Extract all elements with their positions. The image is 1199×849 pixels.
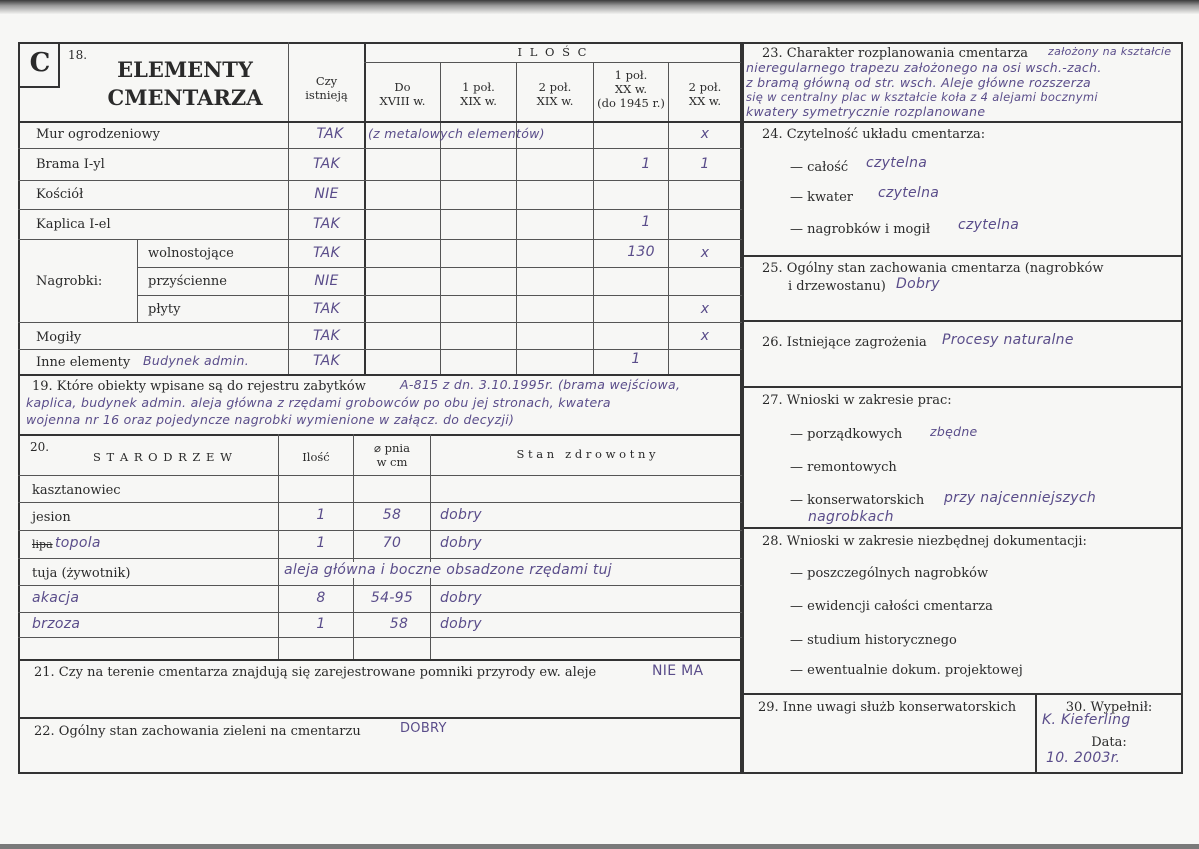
period-5-field[interactable]: x bbox=[669, 126, 741, 142]
q30-date[interactable]: 10. 2003r. bbox=[1046, 750, 1120, 766]
tree-count[interactable]: 8 bbox=[279, 590, 353, 606]
q27-label: 27. Wnioski w zakresie prac: bbox=[762, 393, 952, 408]
period-line: XX w. bbox=[594, 82, 668, 96]
q24-label: 24. Czytelność układu cmentarza: bbox=[762, 127, 985, 142]
exists-field[interactable]: TAK bbox=[296, 126, 364, 142]
section-title: ELEMENTY CMENTARZA bbox=[80, 56, 290, 112]
title-line-2: CMENTARZA bbox=[80, 84, 290, 112]
period-5-field[interactable]: 1 bbox=[669, 156, 741, 172]
tree-count[interactable]: 1 bbox=[279, 507, 353, 523]
period-5-field[interactable]: x bbox=[669, 301, 741, 317]
q22-answer[interactable]: DOBRY bbox=[400, 721, 447, 736]
row-label: Kościół bbox=[36, 187, 83, 202]
other-element-field[interactable]: Budynek admin. bbox=[143, 353, 249, 368]
exists-field[interactable]: TAK bbox=[289, 245, 364, 261]
col-header-exists: Czy istnieją bbox=[289, 74, 364, 102]
period-line: XIX w. bbox=[517, 94, 593, 108]
q24-item-answer[interactable]: czytelna bbox=[878, 185, 939, 201]
q28-item: — poszczególnych nagrobków bbox=[790, 566, 988, 581]
col-header-period-3: 1 poł. XX w. (do 1945 r.) bbox=[594, 68, 668, 110]
period-4-field[interactable]: 1 bbox=[594, 214, 668, 230]
period-line: 1 poł. bbox=[441, 80, 516, 94]
exists-field[interactable]: TAK bbox=[289, 301, 364, 317]
q19-answer-line2[interactable]: kaplica, budynek admin. aleja główna z r… bbox=[26, 395, 611, 410]
row-label: płyty bbox=[148, 302, 180, 317]
q26-answer[interactable]: Procesy naturalne bbox=[942, 332, 1074, 348]
q23-label: 23. Charakter rozplanowania cmentarza bbox=[762, 46, 1028, 61]
q22-label: 22. Ogólny stan zachowania zieleni na cm… bbox=[34, 724, 361, 739]
scan-edge-top bbox=[0, 0, 1199, 14]
q24-item-answer[interactable]: czytelna bbox=[958, 217, 1019, 233]
period-line: XIX w. bbox=[441, 94, 516, 108]
exists-field[interactable]: NIE bbox=[289, 186, 364, 202]
period-4-field[interactable]: 1 bbox=[594, 351, 668, 367]
q30-date-label: Data: bbox=[1037, 735, 1181, 750]
q28-label: 28. Wnioski w zakresie niezbędnej dokume… bbox=[762, 534, 1087, 549]
tree-health[interactable]: dobry bbox=[440, 535, 482, 551]
q23-answer-line5[interactable]: kwatery symetrycznie rozplanowane bbox=[746, 104, 985, 119]
period-line: XX w. bbox=[669, 94, 741, 108]
q25-label-line2: i drzewostanu) bbox=[788, 279, 886, 294]
col-header-period-4: 2 poł. XX w. bbox=[669, 80, 741, 108]
col-header-exists-line2: istnieją bbox=[289, 88, 364, 102]
tree-diam[interactable]: 54-95 bbox=[354, 590, 430, 606]
q27-item-answer[interactable]: zbędne bbox=[930, 424, 978, 439]
q29-label: 29. Inne uwagi służb konserwatorskich bbox=[758, 700, 1016, 715]
exists-field[interactable]: TAK bbox=[289, 216, 364, 232]
col-header-period-1: 1 poł. XIX w. bbox=[441, 80, 516, 108]
q20-col-health: S t a n z d r o w o t n y bbox=[431, 447, 741, 461]
tree-count[interactable]: 1 bbox=[279, 535, 353, 551]
tree-species-struck: lipa bbox=[32, 538, 53, 551]
q28-item: — ewidencji całości cmentarza bbox=[790, 599, 993, 614]
q20-col-diam: ⌀ pnia w cm bbox=[354, 441, 430, 469]
tree-health[interactable]: dobry bbox=[440, 616, 482, 632]
period-4-field[interactable]: 1 bbox=[594, 156, 668, 172]
tree-species[interactable]: akacja bbox=[32, 590, 79, 606]
row-label: Kaplica I-el bbox=[36, 217, 111, 232]
period-line: Do bbox=[365, 80, 440, 94]
period-5-field[interactable]: x bbox=[669, 245, 741, 261]
q27-item-label: — remontowych bbox=[790, 460, 897, 475]
col-header-exists-line1: Czy bbox=[289, 74, 364, 88]
q20-number: 20. bbox=[30, 440, 49, 454]
q23-answer-line1[interactable]: założony na kształcie bbox=[1048, 45, 1171, 58]
q28-item: — studium historycznego bbox=[790, 633, 957, 648]
q21-label: 21. Czy na terenie cmentarza znajdują si… bbox=[34, 665, 596, 680]
diam-line2: w cm bbox=[354, 455, 430, 469]
tree-species: kasztanowiec bbox=[32, 483, 121, 498]
q23-answer-line3[interactable]: z bramą główną od str. wsch. Aleje główn… bbox=[746, 75, 1091, 90]
q27-item-label: — konserwatorskich bbox=[790, 493, 924, 508]
row-label: Brama I-yl bbox=[36, 157, 105, 172]
tree-species[interactable]: topola bbox=[55, 535, 101, 551]
period-line: XVIII w. bbox=[365, 94, 440, 108]
exists-field[interactable]: TAK bbox=[289, 156, 364, 172]
q24-item-answer[interactable]: czytelna bbox=[866, 155, 927, 171]
q27-item-label: — porządkowych bbox=[790, 427, 902, 442]
q24-item-label: — nagrobków i mogił bbox=[790, 222, 930, 237]
col-header-ilosc: I L O Ś C bbox=[365, 45, 741, 59]
tree-diam[interactable]: 58 bbox=[354, 507, 430, 523]
diam-line1: ⌀ pnia bbox=[354, 441, 430, 455]
title-line-1: ELEMENTY bbox=[80, 56, 290, 84]
scan-edge-bottom bbox=[0, 844, 1199, 849]
tree-diam[interactable]: 70 bbox=[354, 535, 430, 551]
q20-title: S T A R O D R Z E W bbox=[93, 450, 233, 464]
period-line: 2 poł. bbox=[517, 80, 593, 94]
q28-item: — ewentualnie dokum. projektowej bbox=[790, 663, 1023, 678]
q19-answer-line1[interactable]: A-815 z dn. 3.10.1995r. (brama wejściowa… bbox=[400, 377, 680, 392]
q24-item-label: — całość bbox=[790, 160, 848, 175]
exists-field[interactable]: NIE bbox=[289, 273, 364, 289]
exists-field[interactable]: TAK bbox=[289, 353, 364, 369]
group-label-nagrobki: Nagrobki: bbox=[36, 274, 102, 289]
q25-label-line1: 25. Ogólny stan zachowania cmentarza (na… bbox=[762, 261, 1103, 276]
tree-span-note[interactable]: aleja główna i boczne obsadzone rzędami … bbox=[284, 562, 612, 578]
tree-health[interactable]: dobry bbox=[440, 507, 482, 523]
q27-item-answer-cont[interactable]: nagrobkach bbox=[808, 509, 894, 525]
tree-health[interactable]: dobry bbox=[440, 590, 482, 606]
q25-answer[interactable]: Dobry bbox=[896, 276, 940, 292]
period-line: (do 1945 r.) bbox=[594, 96, 668, 110]
section-letter: C bbox=[20, 48, 60, 78]
row-label: Mogiły bbox=[36, 330, 81, 345]
q19-label: 19. Które obiekty wpisane są do rejestru… bbox=[32, 379, 366, 394]
period-4-field[interactable]: 130 bbox=[594, 244, 668, 260]
q27-item-answer[interactable]: przy najcenniejszych bbox=[944, 490, 1096, 506]
note-field[interactable]: (z metalowych elementów) bbox=[368, 126, 545, 141]
tree-species[interactable]: brzoza bbox=[32, 616, 80, 632]
tree-count[interactable]: 1 bbox=[279, 616, 353, 632]
row-label: Inne elementy bbox=[36, 355, 130, 370]
q19-answer-line3[interactable]: wojenna nr 16 oraz pojedyncze nagrobki w… bbox=[26, 412, 514, 427]
q21-answer[interactable]: NIE MA bbox=[652, 663, 703, 679]
q26-label: 26. Istniejące zagrożenia bbox=[762, 335, 927, 350]
q23-answer-line2[interactable]: nieregularnego trapezu założonego na osi… bbox=[746, 60, 1102, 75]
period-5-field[interactable]: x bbox=[669, 328, 741, 344]
q30-name[interactable]: K. Kieferling bbox=[1042, 712, 1131, 728]
tree-diam[interactable]: 58 bbox=[354, 616, 430, 632]
q20-col-count: Ilość bbox=[279, 450, 353, 464]
tree-species: jesion bbox=[32, 510, 71, 525]
exists-field[interactable]: TAK bbox=[289, 328, 364, 344]
col-header-period-0: Do XVIII w. bbox=[365, 80, 440, 108]
col-header-period-2: 2 poł. XIX w. bbox=[517, 80, 593, 108]
q24-item-label: — kwater bbox=[790, 190, 853, 205]
period-line: 1 poł. bbox=[594, 68, 668, 82]
row-label: Mur ogrodzeniowy bbox=[36, 127, 160, 142]
q23-answer-line4[interactable]: się w centralny plac w kształcie koła z … bbox=[746, 90, 1098, 104]
period-line: 2 poł. bbox=[669, 80, 741, 94]
row-label: przyścienne bbox=[148, 274, 227, 289]
tree-species: tuja (żywotnik) bbox=[32, 566, 130, 581]
row-label: wolnostojące bbox=[148, 246, 234, 261]
